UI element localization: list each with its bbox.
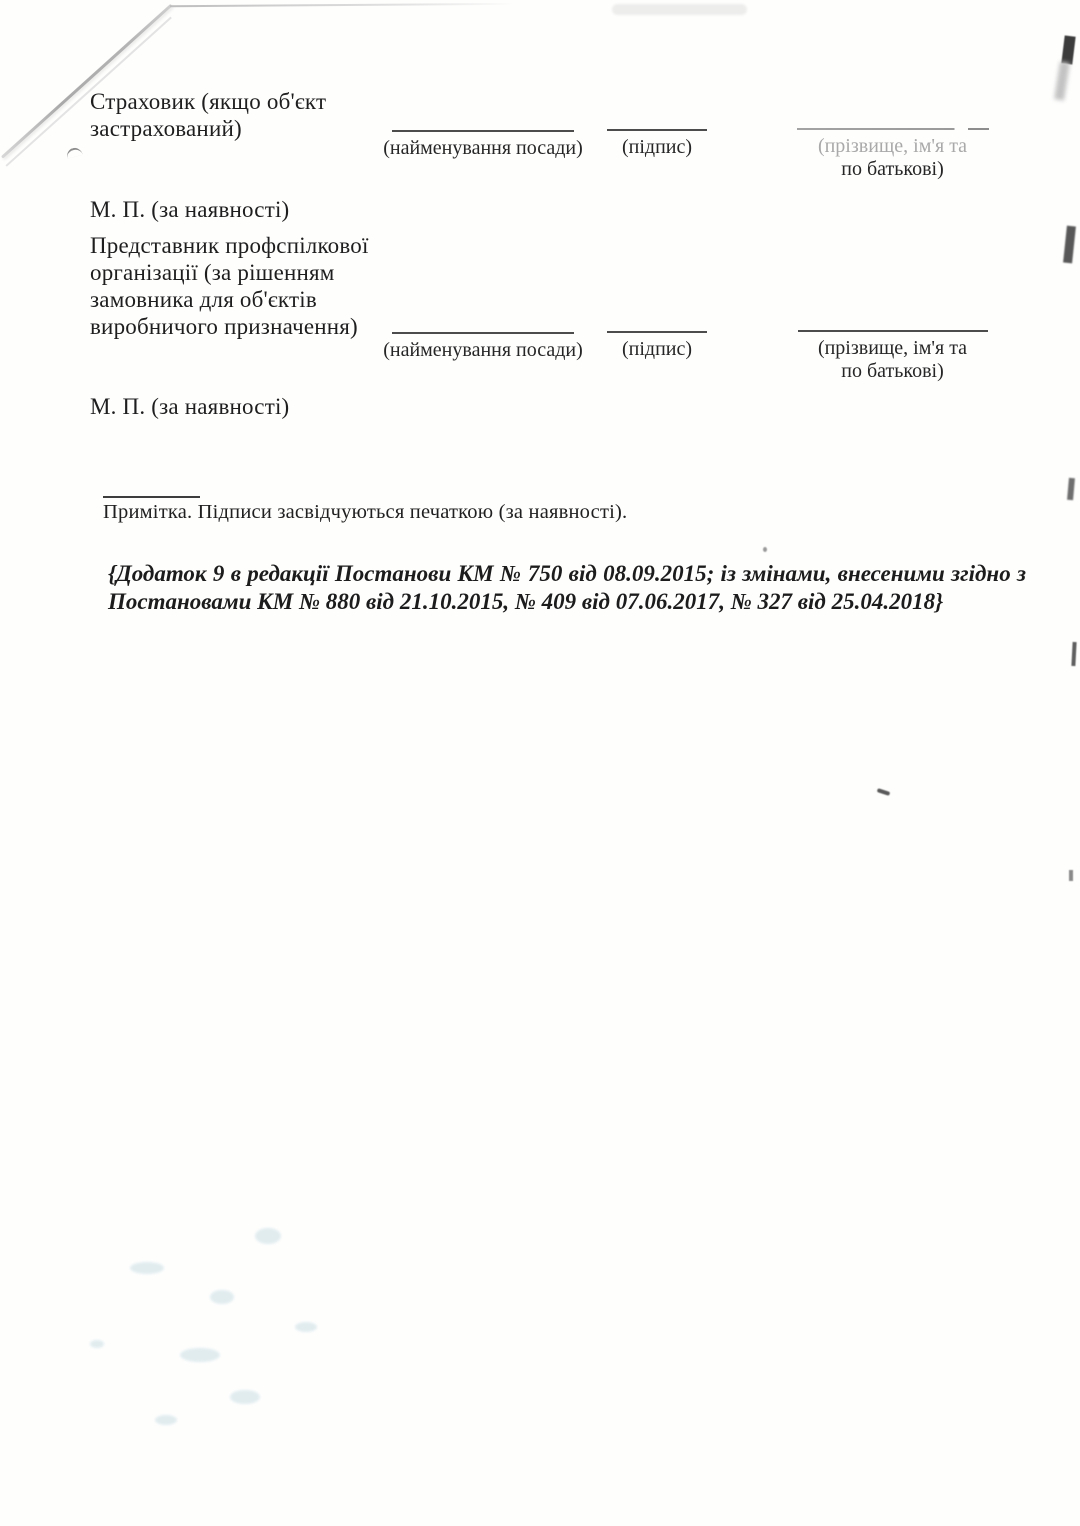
faint-speckle-artifact bbox=[255, 1228, 281, 1244]
curl-mark-artifact bbox=[65, 146, 83, 159]
amendment-line-2: Постановами КМ № 880 від 21.10.2015, № 4… bbox=[108, 588, 1026, 616]
insurer-label: Страховик (якщо об'єкт застрахований) bbox=[90, 88, 350, 142]
right-edge-smudge-shadow-artifact bbox=[1054, 61, 1070, 100]
signature-line-position-1 bbox=[392, 130, 574, 132]
signature-field-position-2: (найменування посади) bbox=[383, 332, 583, 362]
signature-line-fullname-2 bbox=[798, 330, 988, 332]
top-scan-smudge-artifact bbox=[612, 4, 747, 15]
footnote-rule bbox=[103, 496, 200, 498]
caption-signature-2: (підпис) bbox=[592, 338, 722, 361]
signature-field-signature-1: (підпис) bbox=[592, 129, 722, 159]
amendment-line-1: {Додаток 9 в редакції Постанови КМ № 750… bbox=[108, 560, 1026, 588]
faint-speckle-artifact bbox=[180, 1348, 220, 1362]
signature-field-fullname-2: (прізвище, ім'я та по батькові) bbox=[790, 330, 995, 383]
caption-fullname-1-line1: (прізвище, ім'я та bbox=[790, 135, 995, 158]
signature-field-fullname-1: (прізвище, ім'я та по батькові) bbox=[790, 128, 995, 181]
signature-line-fullname-1 bbox=[797, 128, 989, 130]
signature-line-position-2 bbox=[392, 332, 574, 334]
faint-speckle-artifact bbox=[210, 1290, 234, 1304]
signature-line-signature-1 bbox=[607, 129, 707, 131]
amendment-note: {Додаток 9 в редакції Постанови КМ № 750… bbox=[108, 560, 1026, 615]
union-representative-label: Представник профспілкової організації (з… bbox=[90, 232, 385, 340]
faint-speckle-artifact bbox=[90, 1340, 104, 1348]
caption-position-1: (найменування посади) bbox=[383, 137, 583, 160]
right-edge-smudge-artifact bbox=[1067, 478, 1075, 500]
caption-fullname-1-line2: по батькові) bbox=[790, 158, 995, 181]
faint-speckle-artifact bbox=[295, 1322, 317, 1332]
right-edge-smudge-artifact bbox=[1063, 226, 1076, 264]
faint-speckle-artifact bbox=[130, 1262, 164, 1274]
ink-speck-artifact bbox=[763, 547, 767, 552]
signature-line-signature-2 bbox=[607, 331, 707, 333]
signature-field-signature-2: (підпис) bbox=[592, 331, 722, 361]
scanned-document-page: Страховик (якщо об'єкт застрахований) (н… bbox=[0, 0, 1080, 1526]
right-edge-smudge-artifact bbox=[1061, 35, 1075, 64]
stamp-note-2: М. П. (за наявності) bbox=[90, 393, 289, 420]
caption-fullname-2-line2: по батькові) bbox=[790, 360, 995, 383]
caption-signature-1: (підпис) bbox=[592, 136, 722, 159]
ink-speck-artifact bbox=[877, 788, 891, 796]
stamp-note-1: М. П. (за наявності) bbox=[90, 196, 289, 223]
right-edge-smudge-artifact bbox=[1069, 870, 1073, 881]
signature-field-position-1: (найменування посади) bbox=[383, 130, 583, 160]
caption-position-2: (найменування посади) bbox=[383, 339, 583, 362]
footnote-text: Примітка. Підписи засвідчуються печаткою… bbox=[103, 501, 627, 524]
faint-speckle-artifact bbox=[155, 1415, 177, 1425]
faint-speckle-artifact bbox=[230, 1390, 260, 1404]
caption-fullname-2-line1: (прізвище, ім'я та bbox=[790, 337, 995, 360]
page-top-edge-artifact bbox=[170, 3, 515, 7]
right-edge-smudge-artifact bbox=[1071, 642, 1076, 666]
